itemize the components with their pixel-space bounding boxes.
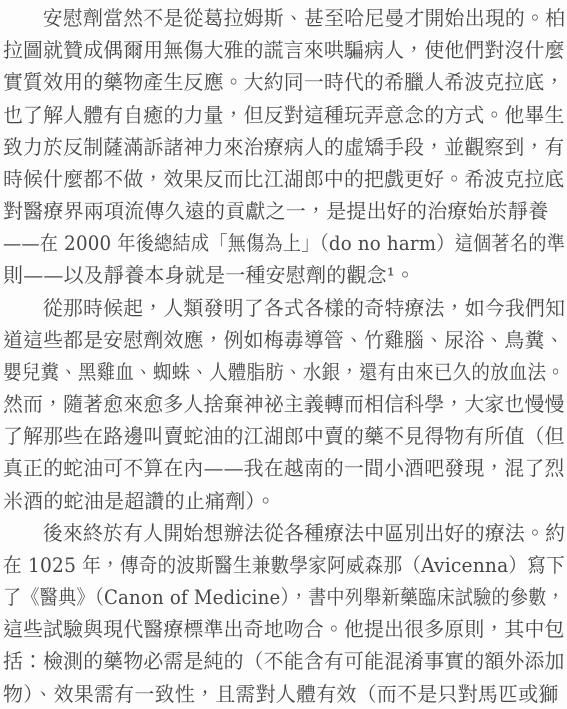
text-line: 了《醫典》（Canon of Medicine），書中列舉新藥臨床試驗的參數，: [3, 581, 513, 613]
text-line: 拉圖就贊成偶爾用無傷大雅的謊言來哄騙病人，使他們對沒什麼: [3, 34, 561, 66]
text-line: 時候什麼都不做，效果反而比江湖郎中的把戲更好。希波克拉底: [3, 163, 561, 195]
text-line: 道這些都是安慰劑效應，例如梅毒導管、竹雞腦、尿浴、鳥糞、: [3, 324, 561, 356]
document-page: 安慰劑當然不是從葛拉姆斯、甚至哈尼曼才開始出現的。柏 拉圖就贊成偶爾用無傷大雅的…: [0, 0, 567, 709]
text-line: 物）、效果需有一致性，且需對人體有效（而不是只對馬匹或獅: [3, 678, 565, 709]
text-line: 然而，隨著愈來愈多人捨棄神祕主義轉而相信科學，大家也慢慢: [3, 388, 561, 420]
text-line: 安慰劑當然不是從葛拉姆斯、甚至哈尼曼才開始出現的。柏: [3, 2, 562, 34]
text-line: 米酒的蛇油是超讚的止痛劑）。: [3, 485, 565, 517]
text-line: 也了解人體有自癒的力量，但反對這種玩弄意念的方式。他畢生: [3, 99, 561, 131]
text-line: 從那時候起，人類發明了各式各樣的奇特療法，如今我們知: [3, 292, 562, 324]
text-line: ——在 2000 年後總結成「無傷為上」（do no harm）這個著名的準: [3, 227, 515, 259]
paragraph-avicenna-trials: 後來終於有人開始想辦法從各種療法中區別出好的療法。約 在 1025 年，傳奇的波…: [3, 517, 565, 709]
paragraph-strange-remedies: 從那時候起，人類發明了各式各樣的奇特療法，如今我們知 道這些都是安慰劑效應，例如…: [3, 292, 565, 517]
text-line: 嬰兒糞、黑雞血、蜘蛛、人體脂肪、水銀，還有由來已久的放血法。: [3, 356, 524, 388]
text-line-with-footnote-marker: 則——以及靜養本身就是一種安慰劑的觀念¹。: [3, 259, 565, 291]
text-line: 括：檢測的藥物必需是純的（不能含有可能混淆事實的額外添加: [3, 645, 561, 677]
text-line: 後來終於有人開始想辦法從各種療法中區別出好的療法。約: [3, 517, 562, 549]
paragraph-placebo-history: 安慰劑當然不是從葛拉姆斯、甚至哈尼曼才開始出現的。柏 拉圖就贊成偶爾用無傷大雅的…: [3, 2, 565, 292]
text-line: 了解那些在路邊叫賣蛇油的江湖郎中賣的藥不見得物有所值（但: [3, 420, 561, 452]
text-line: 這些試驗與現代醫療標準出奇地吻合。他提出很多原則，其中包: [3, 613, 561, 645]
text-line: 真正的蛇油可不算在內——我在越南的一間小酒吧發現，混了烈: [3, 452, 561, 484]
text-line: 對醫療界兩項流傳久遠的貢獻之一，是提出好的治療始於靜養: [3, 195, 565, 227]
text-line: 致力於反制薩滿訴諸神力來治療病人的虛矯手段，並觀察到，有: [3, 131, 561, 163]
text-line: 實質效用的藥物產生反應。大約同一時代的希臘人希波克拉底，: [3, 66, 561, 98]
text-line: 在 1025 年，傳奇的波斯醫生兼數學家阿威森那（Avicenna）寫下: [3, 549, 527, 581]
